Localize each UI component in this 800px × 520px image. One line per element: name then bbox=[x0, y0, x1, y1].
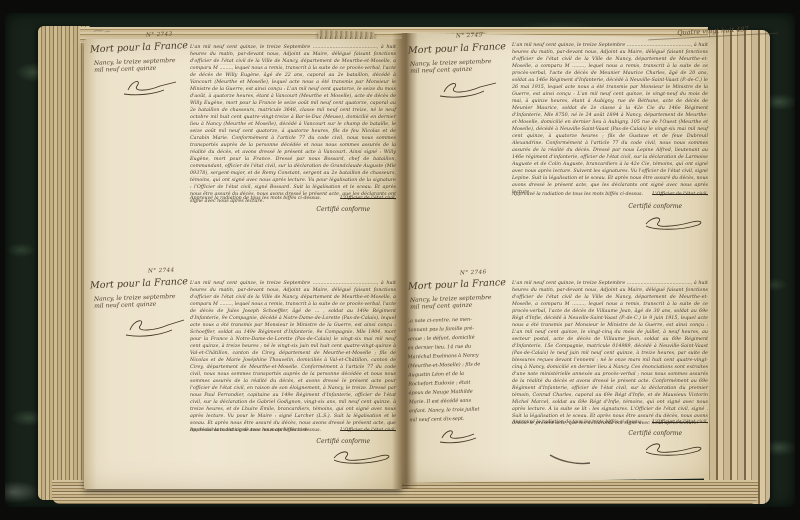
certifier-signature bbox=[640, 214, 710, 234]
record-closing: Approuvé la radiation de tous les mots b… bbox=[190, 196, 396, 201]
record-number: N° 2745 bbox=[456, 33, 483, 40]
stray-ink-mark bbox=[548, 452, 594, 468]
certification-line: Certifié conforme bbox=[512, 430, 708, 437]
signature-flourish bbox=[120, 76, 180, 98]
struck-closing: L'Officier de l'état civil, bbox=[340, 196, 396, 201]
record-closing: Approuvé la radiation de tous les mots b… bbox=[512, 420, 708, 425]
record-closing: Approuvé la radiation de tous les mots b… bbox=[512, 192, 708, 197]
record-number: N° 2746 bbox=[460, 270, 487, 277]
margin-date: Nancy, le treize septembre mil neuf cent… bbox=[94, 292, 198, 310]
certifier-signature bbox=[328, 216, 398, 236]
register-book-photo: Quatre vingt huit 487 N° 2743 Mort pour … bbox=[0, 0, 800, 520]
signature-flourish bbox=[434, 426, 484, 446]
certification-line: Certifié conforme bbox=[190, 206, 396, 213]
approval-line: Approuvé la radiation de tous les mots b… bbox=[190, 196, 321, 201]
record-body: L'an mil neuf cent quinze, le treize Sep… bbox=[190, 280, 396, 426]
approval-line: Approuvé la radiation de tous les mots b… bbox=[190, 428, 321, 433]
approval-line: Approuvé la radiation de tous les mots b… bbox=[512, 192, 643, 197]
margin-date: Nancy, le treize septembre mil neuf cent… bbox=[410, 293, 514, 311]
signature-flourish bbox=[436, 78, 500, 100]
certifier-signature bbox=[640, 440, 710, 460]
certification-line: Certifié conforme bbox=[512, 203, 708, 210]
signature-flourish bbox=[120, 314, 190, 340]
record-body: L'an mil neuf cent quinze, le treize Sep… bbox=[512, 280, 708, 420]
struck-closing: L'Officier de l'état civil, bbox=[652, 420, 708, 425]
death-record-2743: N° 2743 Mort pour la France Nancy, le tr… bbox=[90, 30, 400, 256]
margin-date: Nancy, le treize septembre mil neuf cent… bbox=[410, 57, 514, 75]
struck-closing: L'Officier de l'état civil, bbox=[652, 192, 708, 197]
margin-date: Nancy, le treize septembre mil neuf cent… bbox=[94, 56, 198, 74]
certification-line: Certifié conforme bbox=[190, 438, 396, 445]
death-record-2745: N° 2745 Mort pour la France Nancy, le tr… bbox=[408, 28, 714, 256]
record-number: N° 2743 bbox=[146, 32, 173, 39]
record-number: N° 2744 bbox=[148, 268, 175, 275]
margin-mort-pour-la-france: Mort pour la France bbox=[408, 278, 518, 293]
margin-mort-pour-la-france: Mort pour la France bbox=[408, 42, 518, 57]
margin-rectification-note: La note ci-contre, ne men- tionnant pas … bbox=[408, 315, 511, 426]
margin-mort-pour-la-france: Mort pour la France bbox=[90, 41, 200, 56]
page-edges-left bbox=[38, 26, 90, 500]
record-body: L'an mil neuf cent quinze, le treize Sep… bbox=[512, 42, 708, 190]
record-closing: Approuvé la radiation de tous les mots b… bbox=[190, 428, 396, 433]
certifier-signature bbox=[328, 448, 398, 468]
death-record-2744: N° 2744 Mort pour la France Nancy, le tr… bbox=[90, 266, 400, 486]
margin-mort-pour-la-france: Mort pour la France bbox=[90, 277, 200, 292]
record-body: L'an mil neuf cent quinze, le treize Sep… bbox=[190, 44, 396, 194]
approval-line: Approuvé la radiation de tous les mots b… bbox=[512, 420, 643, 425]
death-record-2746: N° 2746 Mort pour la France Nancy, le tr… bbox=[408, 268, 714, 482]
struck-closing: L'Officier de l'état civil, bbox=[340, 428, 396, 433]
